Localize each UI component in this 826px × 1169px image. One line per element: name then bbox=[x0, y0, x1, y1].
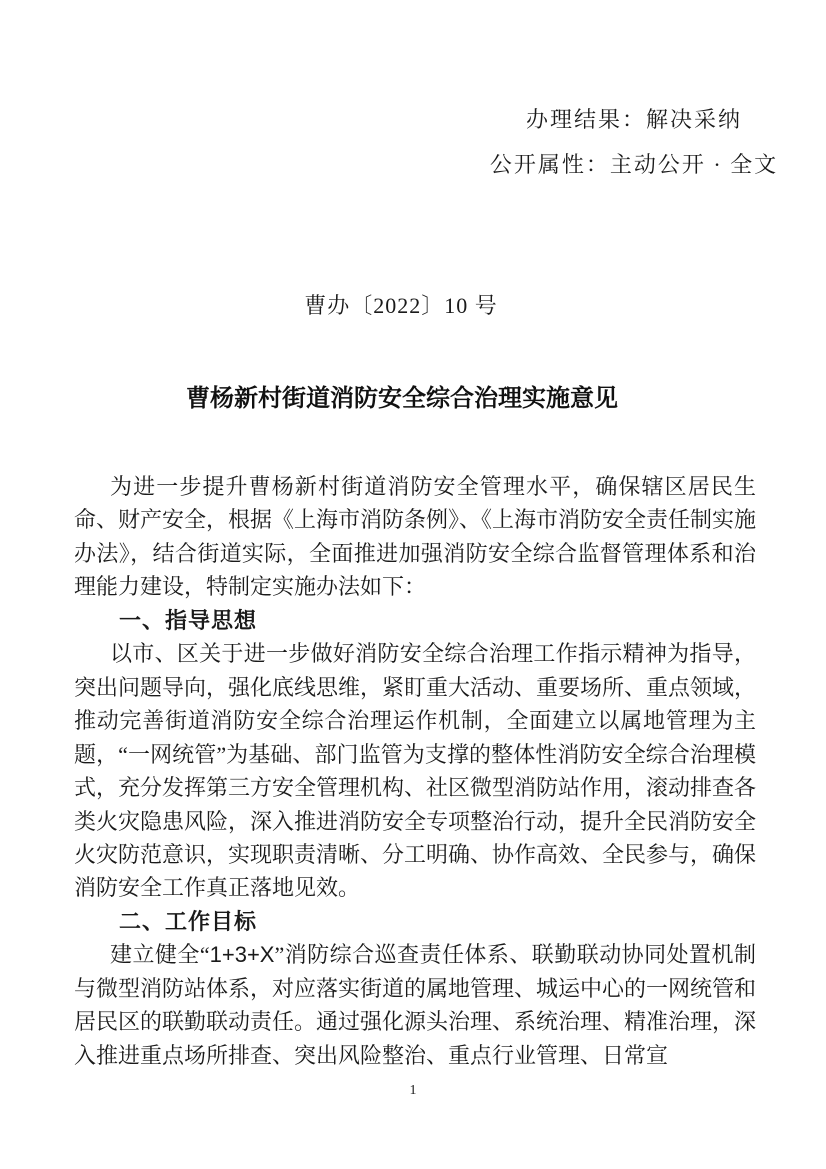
document-body: 为进一步提升曹杨新村街道消防安全管理水平，确保辖区居民生命、财产安全，根据《上海… bbox=[74, 470, 756, 1072]
paragraph-guiding-ideology: 以市、区关于进一步做好消防安全综合治理工作指示精神为指导，突出问题导向，强化底线… bbox=[74, 637, 756, 905]
paragraph-work-goals-prefix: 建立健全“ bbox=[110, 942, 210, 967]
document-title: 曹杨新村街道消防安全综合治理实施意见 bbox=[0, 383, 815, 415]
section-heading-guiding-ideology: 一、指导思想 bbox=[74, 604, 756, 637]
meta-block: 办理结果：解决采纳 公开属性：主动公开 · 全文 bbox=[457, 106, 811, 179]
publicity-attribute-line: 公开属性：主动公开 · 全文 bbox=[490, 151, 778, 179]
page-number: 1 bbox=[0, 1082, 826, 1100]
handling-result-line: 办理结果：解决采纳 bbox=[526, 106, 742, 134]
paragraph-work-goals: 建立健全“1+3+X”消防综合巡查责任体系、联勤联动协同处置机制与微型消防站体系… bbox=[74, 938, 756, 1072]
paragraph-work-goals-formula: 1+3+X bbox=[210, 942, 275, 967]
section-heading-work-goals: 二、工作目标 bbox=[74, 905, 756, 938]
document-number: 曹办〔2022〕10 号 bbox=[0, 293, 814, 319]
document-page: 办理结果：解决采纳 公开属性：主动公开 · 全文 曹办〔2022〕10 号 曹杨… bbox=[0, 0, 826, 1169]
paragraph-preamble: 为进一步提升曹杨新村街道消防安全管理水平，确保辖区居民生命、财产安全，根据《上海… bbox=[74, 470, 756, 604]
